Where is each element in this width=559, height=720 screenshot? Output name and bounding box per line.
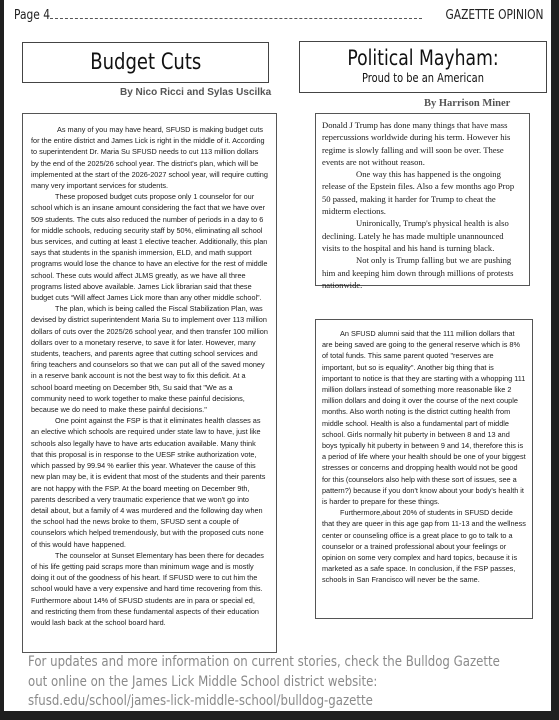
political-mayham-title: Political Mayham: xyxy=(322,46,524,70)
article-paragraph: One way this has happened is the ongoing… xyxy=(322,168,523,217)
political-mayham-title-box: Political Mayham: Proud to be an America… xyxy=(299,41,547,93)
footer-line: For updates and more information on curr… xyxy=(28,653,456,673)
budget-cuts-title-box: Budget Cuts xyxy=(22,42,269,83)
article-paragraph: Unironically, Trump's physical health is… xyxy=(322,217,523,254)
footer-website-link[interactable]: sfusd.edu/school/james-lick-middle-schoo… xyxy=(28,692,456,711)
article-paragraph: As many of you may have heard, SFUSD is … xyxy=(31,124,268,191)
budget-cuts-article-body: As many of you may have heard, SFUSD is … xyxy=(22,113,277,653)
header-dashed-rule xyxy=(50,18,423,19)
article-paragraph: These proposed budget cuts propose only … xyxy=(31,191,268,303)
budget-cuts-title: Budget Cuts xyxy=(90,43,201,82)
article-paragraph: Furthermore,about 20% of students in SFU… xyxy=(322,507,526,585)
article-paragraph: The plan, which is being called the Fisc… xyxy=(31,303,268,415)
footer-notice: For updates and more information on curr… xyxy=(28,653,538,711)
budget-cuts-byline: By Nico Ricci and Sylas Uscilka xyxy=(120,87,271,98)
newspaper-page: Page 4 GAZETTE OPINION Budget Cuts By Ni… xyxy=(4,0,551,711)
article-paragraph: One point against the FSP is that it eli… xyxy=(31,415,268,549)
political-mayham-subtitle: Proud to be an American xyxy=(322,70,524,86)
page-header: Page 4 GAZETTE OPINION xyxy=(14,6,544,24)
footer-line: out online on the James Lick Middle Scho… xyxy=(28,673,456,693)
article-paragraph: The counselor at Sunset Elementary has b… xyxy=(31,550,268,628)
budget-cuts-continued-article-body: An SFUSD alumni said that the 111 millio… xyxy=(315,319,533,619)
article-paragraph: Donald J Trump has done many things that… xyxy=(322,119,523,168)
political-mayham-article-body: Donald J Trump has done many things that… xyxy=(315,113,530,286)
political-mayham-byline: By Harrison Miner xyxy=(424,98,510,109)
section-label: GAZETTE OPINION xyxy=(446,8,544,23)
article-paragraph: An SFUSD alumni said that the 111 millio… xyxy=(322,328,526,507)
article-paragraph: Not only is Trump falling but we are pus… xyxy=(322,254,523,291)
page-number: Page 4 xyxy=(14,8,50,23)
